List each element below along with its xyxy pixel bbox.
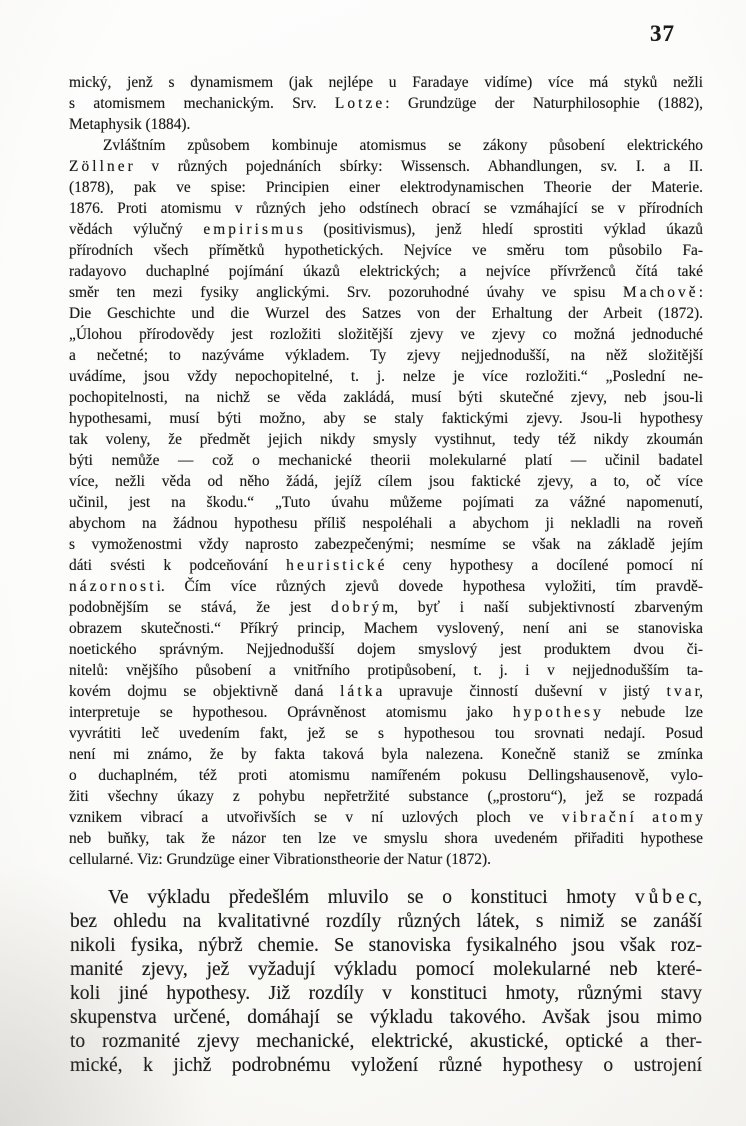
small-print-block: mický, jenž s dynamismem (jak nejlépe u … xyxy=(69,72,703,870)
text-line: koli jiné hypothesy. Již rozdíly v konst… xyxy=(70,982,702,1006)
text-line: cellularné. Viz: Grundzüge einer Vibrati… xyxy=(69,849,703,870)
text-line: nikoli fysika, nýbrž chemie. Se stanovis… xyxy=(70,934,702,958)
text-line: přírodních všech přímětků hypothetických… xyxy=(69,240,703,261)
text-line: žiti všechny úkazy z pohybu nepřetržité … xyxy=(69,786,703,807)
text-line: směr ten mezi fysiky anglickými. Srv. po… xyxy=(69,282,703,303)
text-line: to rozmanité zjevy mechanické, elektrick… xyxy=(70,1030,702,1054)
text-line: mický, jenž s dynamismem (jak nejlépe u … xyxy=(69,72,703,93)
text-line: uvádíme, jsou vždy nepochopitelné, t. j.… xyxy=(69,366,703,387)
text-line: Zvláštním způsobem kombinuje atomismus s… xyxy=(69,135,703,156)
text-line: radayovo duchaplné pojímání úkazů elektr… xyxy=(69,261,703,282)
text-line: hypothesami, musí býti možno, aby se sta… xyxy=(69,408,703,429)
text-line: učinil, jest na škodu.“ „Tuto úvahu může… xyxy=(69,492,703,513)
text-line: „Úlohou přírodovědy jest rozložiti složi… xyxy=(69,324,703,345)
text-line: 1876. Proti atomismu v různých jeho odst… xyxy=(69,198,703,219)
text-line: dáti svésti k podceňování h e u r i s t … xyxy=(69,555,703,576)
text-line: vědách výlučný e m p i r i s m u s (posi… xyxy=(69,219,703,240)
text-line: neb buňky, tak že názor ten lze ve smysl… xyxy=(69,828,703,849)
text-line: noetického správným. Nejjednodušší dojem… xyxy=(69,639,703,660)
page-number: 37 xyxy=(650,21,675,47)
text-line: vznikem vibrací a utvořivších se v ní uz… xyxy=(69,807,703,828)
text-line: podobnějším se stává, že jest d o b r ý … xyxy=(69,597,703,618)
text-line: Ve výkladu předešlém mluvilo se o konsti… xyxy=(70,886,702,910)
text-line: nitelů: vnějšího působení a vnitřního pr… xyxy=(69,660,703,681)
text-line: o duchaplném, též proti atomismu namířen… xyxy=(69,765,703,786)
text-line: Z ö l l n e r v různých pojednáních sbír… xyxy=(69,156,703,177)
text-line: n á z o r n o s t i. Čím více různých zj… xyxy=(69,576,703,597)
text-line: bez ohledu na kvalitativné rozdíly různý… xyxy=(70,910,702,934)
lead-paragraph-block: Ve výkladu předešlém mluvilo se o konsti… xyxy=(70,886,702,1078)
text-line: Metaphysik (1884). xyxy=(69,114,703,135)
text-line: s atomismem mechanickým. Srv. L o t z e … xyxy=(69,93,703,114)
text-line: není mi známo, že by fakta taková byla n… xyxy=(69,744,703,765)
text-line: a nečetné; to nazýváme výkladem. Ty zjev… xyxy=(69,345,703,366)
book-page: 37 mický, jenž s dynamismem (jak nejlépe… xyxy=(0,0,746,1126)
text-line: interpretuje se hypothesou. Oprávněnost … xyxy=(69,702,703,723)
text-line: obrazem skutečnosti.“ Příkrý princip, Ma… xyxy=(69,618,703,639)
text-line: s vymoženostmi vždy naprosto zabezpečený… xyxy=(69,534,703,555)
text-line: tak voleny, že předmět jejich nikdy smys… xyxy=(69,429,703,450)
text-line: skupenstva určené, domáhají se výkladu t… xyxy=(70,1006,702,1030)
text-line: Die Geschichte und die Wurzel des Satzes… xyxy=(69,303,703,324)
text-line: manité zjevy, jež vyžadují výkladu pomoc… xyxy=(70,958,702,982)
text-line: (1878), pak ve spise: Principien einer e… xyxy=(69,177,703,198)
text-line: mické, k jichž podrobnému vyložení různé… xyxy=(70,1054,702,1078)
text-line: býti nemůže — což o mechanické theorii m… xyxy=(69,450,703,471)
text-line: více, nežli věda od něho žádá, jejíž cíl… xyxy=(69,471,703,492)
text-line: abychom na žádnou hypothesu příliš nespo… xyxy=(69,513,703,534)
text-line: kovém dojmu se objektivně daná l á t k a… xyxy=(69,681,703,702)
text-line: vyvrátiti leč uvedením fakt, jež se s hy… xyxy=(69,723,703,744)
text-line: pochopitelnosti, na nichž se věda zaklád… xyxy=(69,387,703,408)
